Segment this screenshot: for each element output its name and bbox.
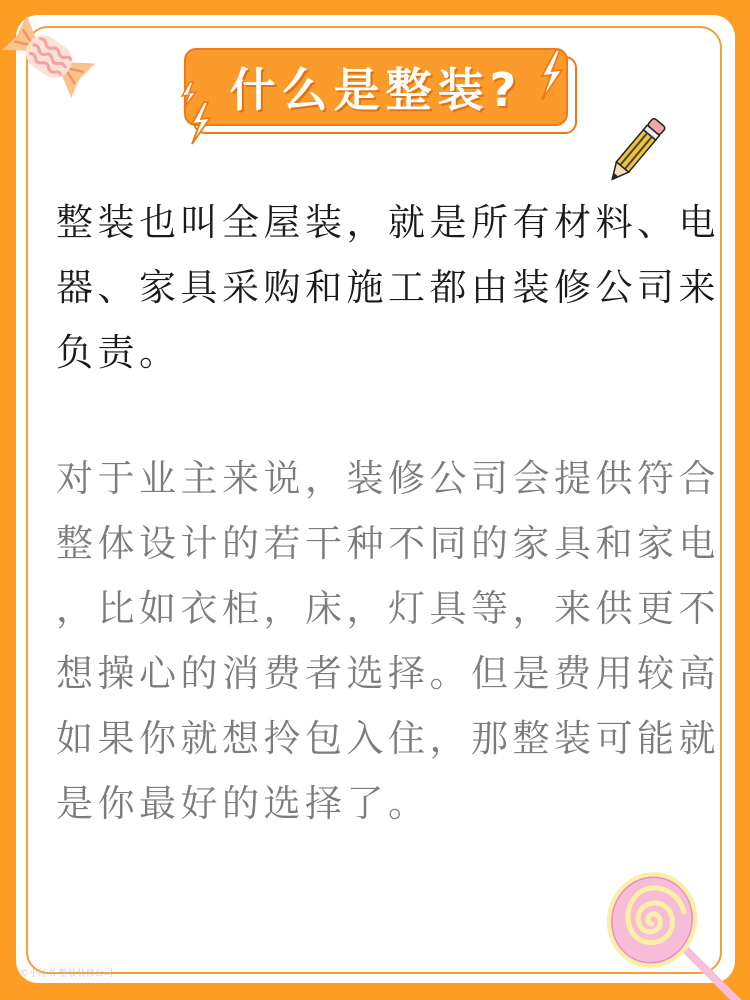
text-line: 整装也叫全屋装，就是所有材料、电 (56, 190, 706, 255)
text-line: 器、家具采购和施工都由装修公司来 (56, 255, 706, 320)
paragraph-explanation: 对于业主来说，装修公司会提供符合 整体设计的若干种不同的家具和家电 ，比如衣柜，… (56, 446, 706, 836)
title-banner: 什么是整装? (184, 48, 568, 126)
text-line: 整体设计的若干种不同的家具和家电 (56, 511, 706, 576)
text-line: 对于业主来说，装修公司会提供符合 (56, 446, 706, 511)
lightning-bolt-icon (186, 100, 214, 146)
lightning-bolt-icon (534, 48, 566, 102)
text-line: 是你最好的选择了。 (56, 771, 706, 836)
page-title: 什么是整装? (230, 54, 523, 120)
pencil-icon (600, 112, 672, 190)
text-line: ，比如衣柜，床，灯具等，来供更不 (56, 576, 706, 641)
text-line: 想操心的消费者选择。但是费用较高 (56, 641, 706, 706)
text-line: 负责。 (56, 320, 706, 385)
candy-icon (0, 0, 100, 115)
paragraph-definition: 整装也叫全屋装，就是所有材料、电 器、家具采购和施工都由装修公司来 负责。 (56, 190, 706, 385)
text-line: 如果你就想拎包入住，那整装可能就 (56, 706, 706, 771)
lollipop-icon (604, 868, 750, 1000)
watermark: ©小红书 整装装修公司 (20, 966, 113, 979)
